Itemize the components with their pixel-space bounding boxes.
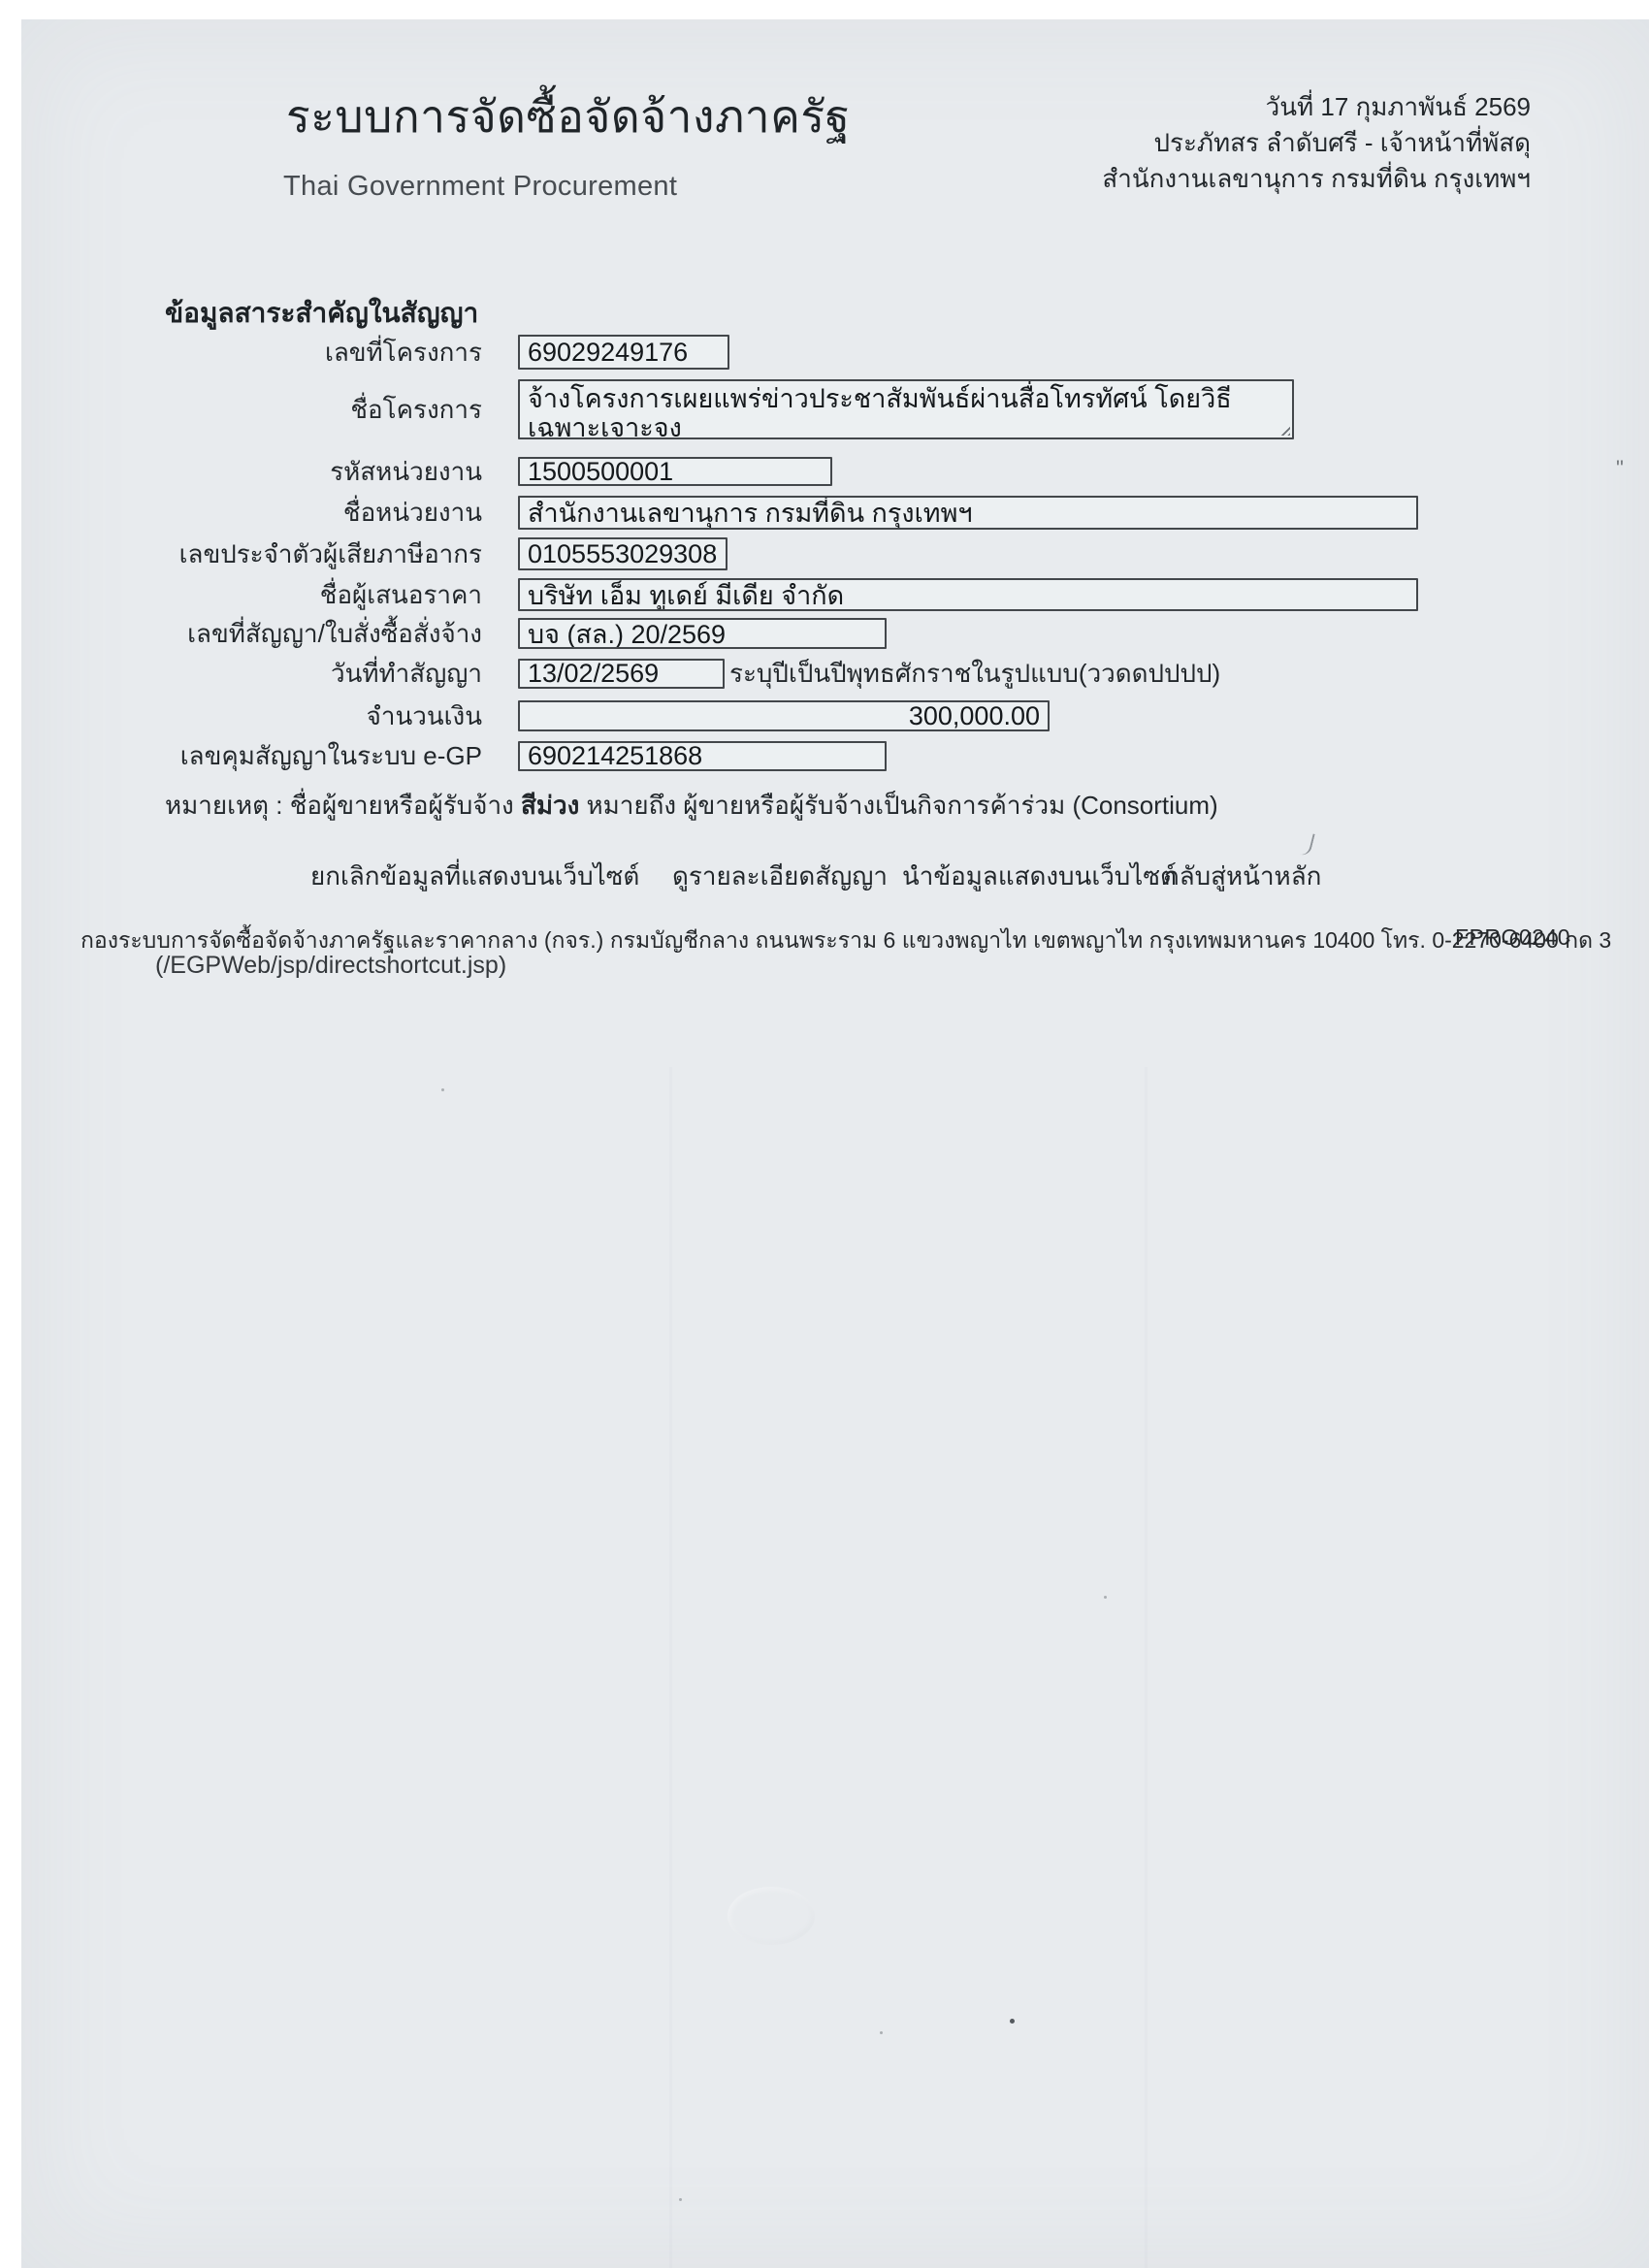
agency-name-input[interactable]: สำนักงานเลขานุการ กรมที่ดิน กรุงเทพฯ	[518, 496, 1418, 530]
header-meta-block: วันที่ 17 กุมภาพันธ์ 2569 ประภัทสร ลำดับ…	[1102, 89, 1531, 197]
scan-speck	[441, 1088, 444, 1091]
label-contract-number: เลขที่สัญญา/ใบสั่งซื้อสั่งจ้าง	[0, 618, 482, 649]
scan-streak	[1145, 1067, 1148, 2268]
cancel-website-data-button[interactable]: ยกเลิกข้อมูลที่แสดงบนเว็บไซต์	[310, 859, 639, 892]
scan-speck	[679, 2198, 682, 2201]
label-contract-date: วันที่ทำสัญญา	[0, 659, 482, 689]
agency-code-input[interactable]: 1500500001	[518, 457, 832, 486]
scan-speck	[1010, 2019, 1015, 2024]
project-name-textarea[interactable]: จ้างโครงการเผยแพร่ข่าวประชาสัมพันธ์ผ่านส…	[518, 379, 1294, 439]
paper-dent-artifact	[727, 1887, 815, 1945]
organization-name: สำนักงานเลขานุการ กรมที่ดิน กรุงเทพฯ	[1102, 161, 1531, 197]
scan-speck	[1104, 1596, 1107, 1599]
back-to-home-button[interactable]: กลับสู่หน้าหลัก	[1164, 859, 1321, 892]
note-suffix: หมายถึง ผู้ขายหรือผู้รับจ้างเป็นกิจการค้…	[579, 791, 1217, 820]
consortium-note: หมายเหตุ : ชื่อผู้ขายหรือผู้รับจ้าง สีม่…	[165, 786, 1218, 826]
label-project-number: เลขที่โครงการ	[0, 335, 482, 370]
project-number-input[interactable]: 69029249176	[518, 335, 729, 370]
label-project-name: ชื่อโครงการ	[0, 379, 482, 439]
taxpayer-id-input[interactable]: 0105553029308	[518, 537, 727, 570]
page-title: ระบบการจัดซื้อจัดจ้างภาครัฐ	[286, 81, 850, 152]
label-agency-code: รหัสหน่วยงาน	[0, 457, 482, 486]
bidder-name-input[interactable]: บริษัท เอ็ม ทูเดย์ มีเดีย จำกัด	[518, 578, 1418, 611]
note-prefix: หมายเหตุ : ชื่อผู้ขายหรือผู้รับจ้าง	[165, 791, 521, 820]
label-taxpayer-id: เลขประจำตัวผู้เสียภาษีอากร	[0, 537, 482, 570]
footer-form-code: FPRO0240	[1455, 924, 1570, 951]
page-subtitle: Thai Government Procurement	[283, 171, 677, 203]
publish-website-data-button[interactable]: นำข้อมูลแสดงบนเว็บไซต์	[902, 859, 1177, 892]
note-highlight: สีม่วง	[521, 791, 579, 820]
contract-number-input[interactable]: บจ (สล.) 20/2569	[518, 618, 887, 649]
label-bidder-name: ชื่อผู้เสนอราคา	[0, 578, 482, 611]
view-contract-detail-button[interactable]: ดูรายละเอียดสัญญา	[672, 859, 888, 892]
amount-input[interactable]: 300,000.00	[518, 700, 1050, 731]
section-title: ข้อมูลสาระสำคัญในสัญญา	[165, 292, 478, 335]
label-amount: จำนวนเงิน	[0, 700, 482, 731]
scanned-procurement-page: ระบบการจัดซื้อจัดจ้างภาครัฐ Thai Governm…	[0, 0, 1649, 2268]
user-name-role: ประภัทสร ลำดับศรี - เจ้าหน้าที่พัสดุ	[1102, 125, 1531, 161]
label-agency-name: ชื่อหน่วยงาน	[0, 496, 482, 530]
scan-mark: "	[1616, 456, 1624, 481]
date-format-hint: ระบุปีเป็นปีพุทธศักราชในรูปแบบ(ววดดปปปป)	[729, 659, 1220, 689]
scan-speck	[880, 2031, 883, 2034]
project-name-value: จ้างโครงการเผยแพร่ข่าวประชาสัมพันธ์ผ่านส…	[528, 384, 1284, 439]
egp-control-number-input[interactable]: 690214251868	[518, 741, 887, 771]
label-egp-control-number: เลขคุมสัญญาในระบบ e-GP	[0, 741, 482, 771]
contract-date-input[interactable]: 13/02/2569	[518, 659, 725, 689]
footer-url-path: (/EGPWeb/jsp/directshortcut.jsp)	[155, 952, 506, 980]
scan-streak	[669, 1067, 672, 2268]
print-date: วันที่ 17 กุมภาพันธ์ 2569	[1102, 89, 1531, 125]
